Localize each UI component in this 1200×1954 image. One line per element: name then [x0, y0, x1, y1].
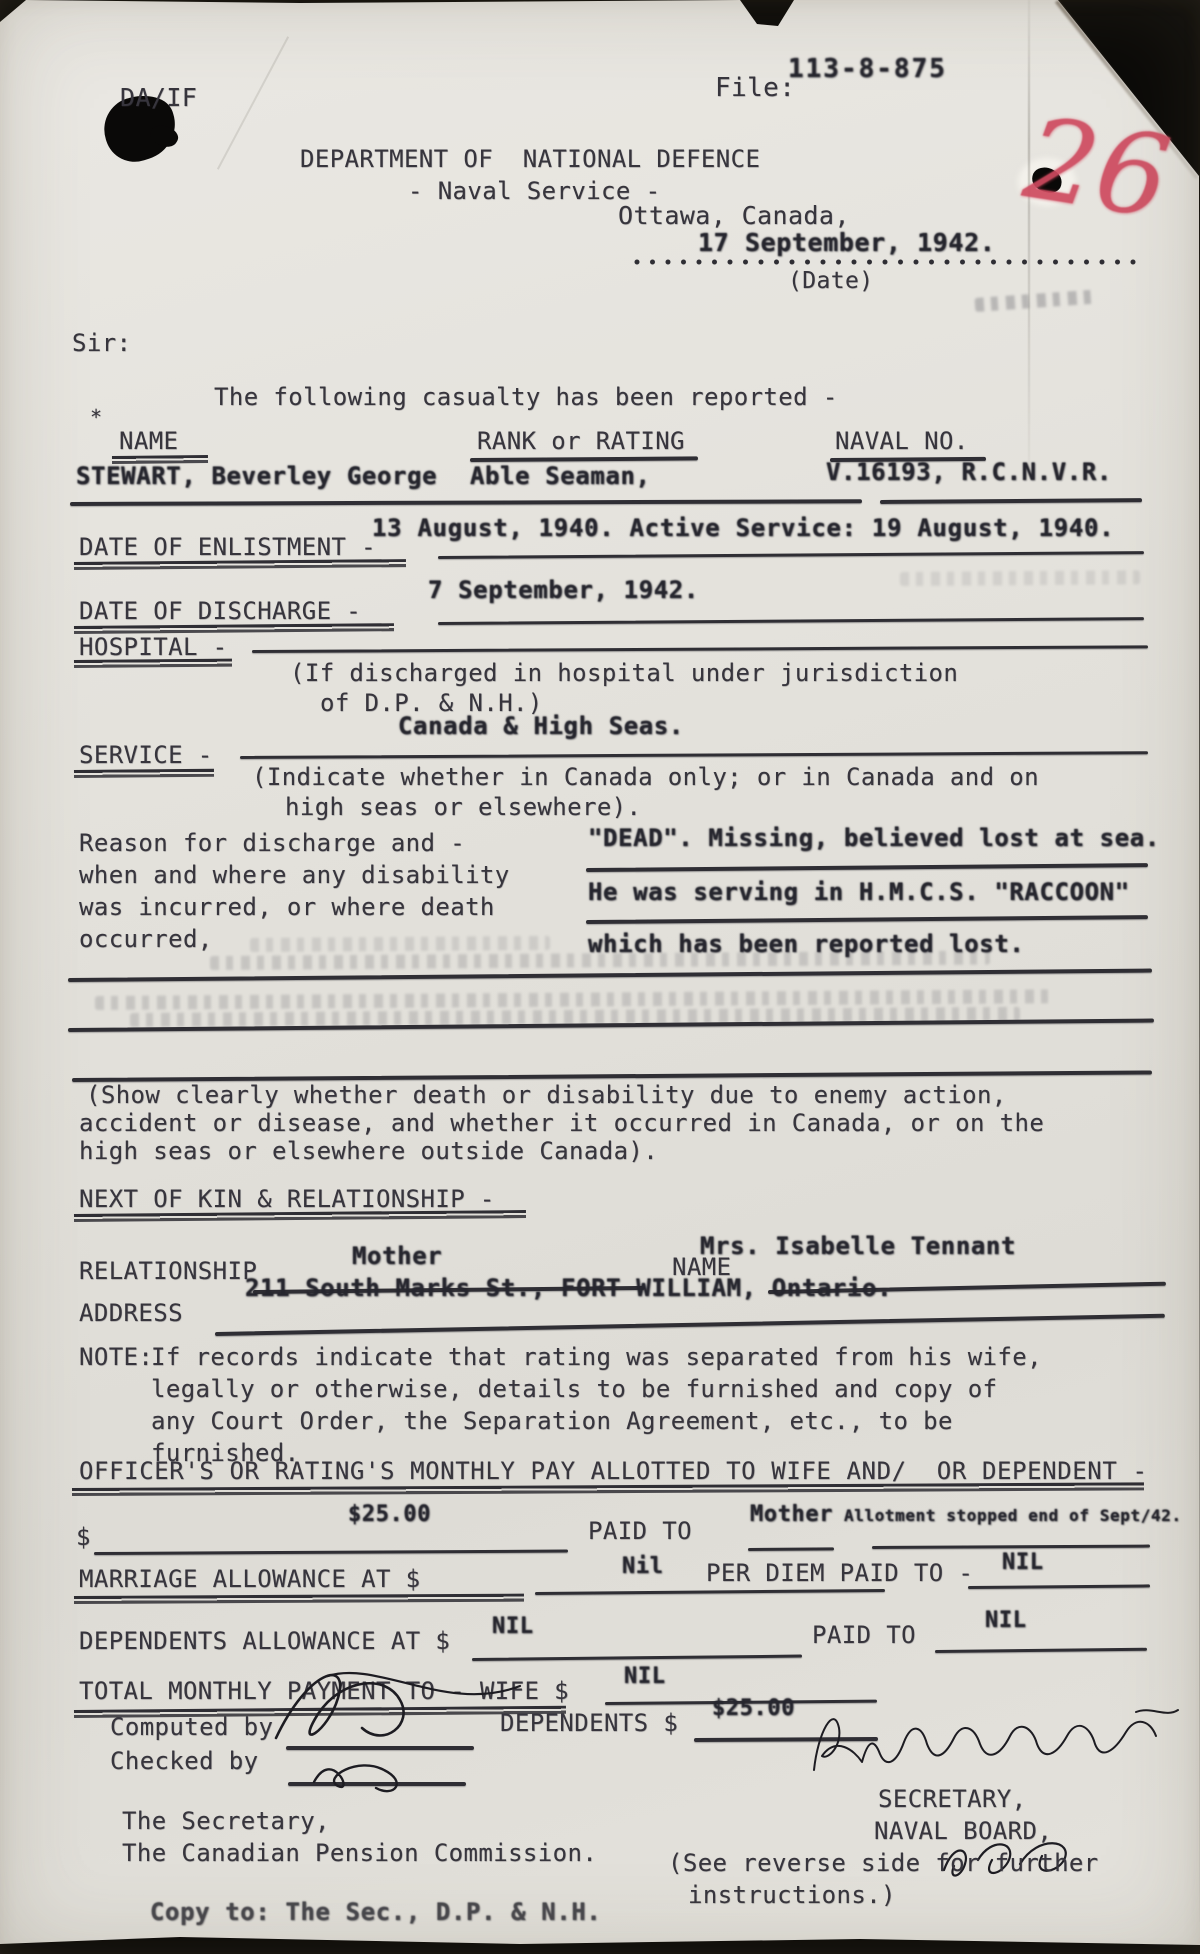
per-diem-label: PER DIEM PAID TO -: [706, 1560, 973, 1588]
discharge-value: 7 September, 1942.: [428, 576, 699, 604]
note-label: NOTE:: [79, 1344, 153, 1372]
kin-name-value: Mrs. Isabelle Tennant: [700, 1232, 1016, 1260]
reason-label-2: when and where any disability: [79, 862, 510, 890]
addressee-line-1: The Secretary,: [122, 1808, 330, 1836]
note-line-1: If records indicate that rating was sepa…: [151, 1344, 1042, 1372]
secretary-title-1: SECRETARY,: [878, 1786, 1027, 1814]
addressee-line-2: The Canadian Pension Commission.: [122, 1840, 597, 1868]
pay-amount-stamp: $25.00: [348, 1502, 431, 1527]
address-value: 211 South Marks St., FORT WILLIAM, Ontar…: [245, 1274, 892, 1302]
bleed-through-2: [250, 936, 550, 952]
note-line-2: legally or otherwise, details to be furn…: [151, 1376, 997, 1404]
casualty-rank: Able Seaman,: [470, 462, 651, 490]
naval-column-header: NAVAL NO.: [835, 428, 969, 456]
file-number-stamp: 113-8-875: [788, 54, 947, 84]
date-caption: (Date): [788, 268, 873, 294]
reference-code: DA/IF: [120, 84, 197, 113]
dependents-allowance-label: DEPENDENTS ALLOWANCE AT $: [79, 1628, 450, 1656]
note-line-3: any Court Order, the Separation Agreemen…: [151, 1408, 953, 1436]
hospital-note-1: (If discharged in hospital under jurisdi…: [290, 660, 958, 688]
file-label: File:: [715, 74, 795, 104]
service-note-2: high seas or elsewhere).: [285, 794, 641, 822]
date-dotted-line: [634, 259, 1136, 265]
hospital-label: HOSPITAL -: [79, 634, 228, 662]
dep-paid-to-label: PAID TO: [812, 1622, 916, 1650]
per-diem-value: NIL: [1002, 1550, 1044, 1575]
secretary-signature: [806, 1698, 1186, 1783]
paid-to-value: Mother: [750, 1502, 833, 1527]
relationship-label: RELATIONSHIP: [79, 1258, 257, 1286]
dep-paid-to-value: NIL: [985, 1608, 1027, 1633]
allotment-note: Allotment stopped end of Sept/42.: [844, 1506, 1182, 1525]
enlistment-value: 13 August, 1940. Active Service: 19 Augu…: [372, 514, 1114, 542]
checked-by-signature: [296, 1742, 466, 1800]
reverse-note-2: instructions.): [688, 1882, 896, 1910]
dependents-label: DEPENDENTS $: [500, 1710, 678, 1738]
reason-value-1: "DEAD". Missing, believed lost at sea.: [588, 824, 1160, 852]
show-clearly-3: high seas or elsewhere outside Canada).: [79, 1138, 658, 1166]
copy-to-line: Copy to: The Sec., D.P. & N.H.: [150, 1898, 601, 1926]
relationship-value: Mother: [352, 1242, 442, 1270]
bleed-through-1: [900, 570, 1140, 586]
next-of-kin-heading: NEXT OF KIN & RELATIONSHIP -: [79, 1186, 495, 1214]
red-pencil-annotation: 26: [1017, 94, 1178, 245]
discharge-label: DATE OF DISCHARGE -: [79, 598, 361, 626]
reason-label-4: occurred,: [79, 926, 213, 954]
dependents-value: $25.00: [712, 1696, 795, 1721]
paid-to-line: [748, 1547, 834, 1551]
pay-heading: OFFICER'S OR RATING'S MONTHLY PAY ALLOTT…: [79, 1458, 1148, 1486]
reason-label-3: was incurred, or where death: [79, 894, 495, 922]
rank-column-header: RANK or RATING: [477, 428, 685, 456]
marriage-value: Nil: [622, 1554, 664, 1579]
casualty-naval-no: V.16193, R.C.N.V.R.: [826, 458, 1112, 486]
paid-to-label: PAID TO: [588, 1518, 692, 1546]
computed-by-label: Computed by: [110, 1714, 273, 1742]
total-value: NIL: [624, 1664, 666, 1689]
date-stamp: 17 September, 1942.: [698, 228, 995, 257]
marriage-label: MARRIAGE ALLOWANCE AT $: [79, 1566, 421, 1594]
dollar-sign: $: [76, 1524, 91, 1552]
hospital-label-underline: [74, 659, 232, 668]
document-page: DA/IF File: 113-8-875 26 DEPARTMENT OF N…: [0, 0, 1200, 1954]
checked-by-label: Checked by: [110, 1748, 259, 1776]
address-label: ADDRESS: [79, 1300, 183, 1328]
fold-crease: [1028, 0, 1030, 470]
reverse-note-1: (See reverse side for further: [668, 1850, 1099, 1878]
city-line: Ottawa, Canada,: [618, 202, 850, 231]
department-title: DEPARTMENT OF NATIONAL DEFENCE: [300, 146, 760, 174]
service-label: SERVICE -: [79, 742, 213, 770]
margin-asterisk: *: [90, 406, 102, 429]
enlistment-label: DATE OF ENLISTMENT -: [79, 534, 376, 562]
show-clearly-1: (Show clearly whether death or disabilit…: [86, 1082, 1007, 1110]
show-clearly-2: accident or disease, and whether it occu…: [79, 1110, 1044, 1138]
reason-label-1: Reason for discharge and -: [79, 830, 465, 858]
casualty-name: STEWART, Beverley George: [76, 462, 437, 490]
reason-value-2: He was serving in H.M.C.S. "RACCOON": [588, 878, 1130, 906]
intro-line: The following casualty has been reported…: [214, 384, 838, 412]
salutation: Sir:: [72, 330, 131, 358]
service-note-1: (Indicate whether in Canada only; or in …: [252, 764, 1039, 792]
name-column-header: NAME: [119, 428, 178, 456]
service-value: Canada & High Seas.: [398, 712, 684, 740]
computed-by-signature: [258, 1656, 558, 1756]
service-label-underline: [74, 769, 214, 778]
dependents-allowance-value: NIL: [492, 1614, 534, 1639]
